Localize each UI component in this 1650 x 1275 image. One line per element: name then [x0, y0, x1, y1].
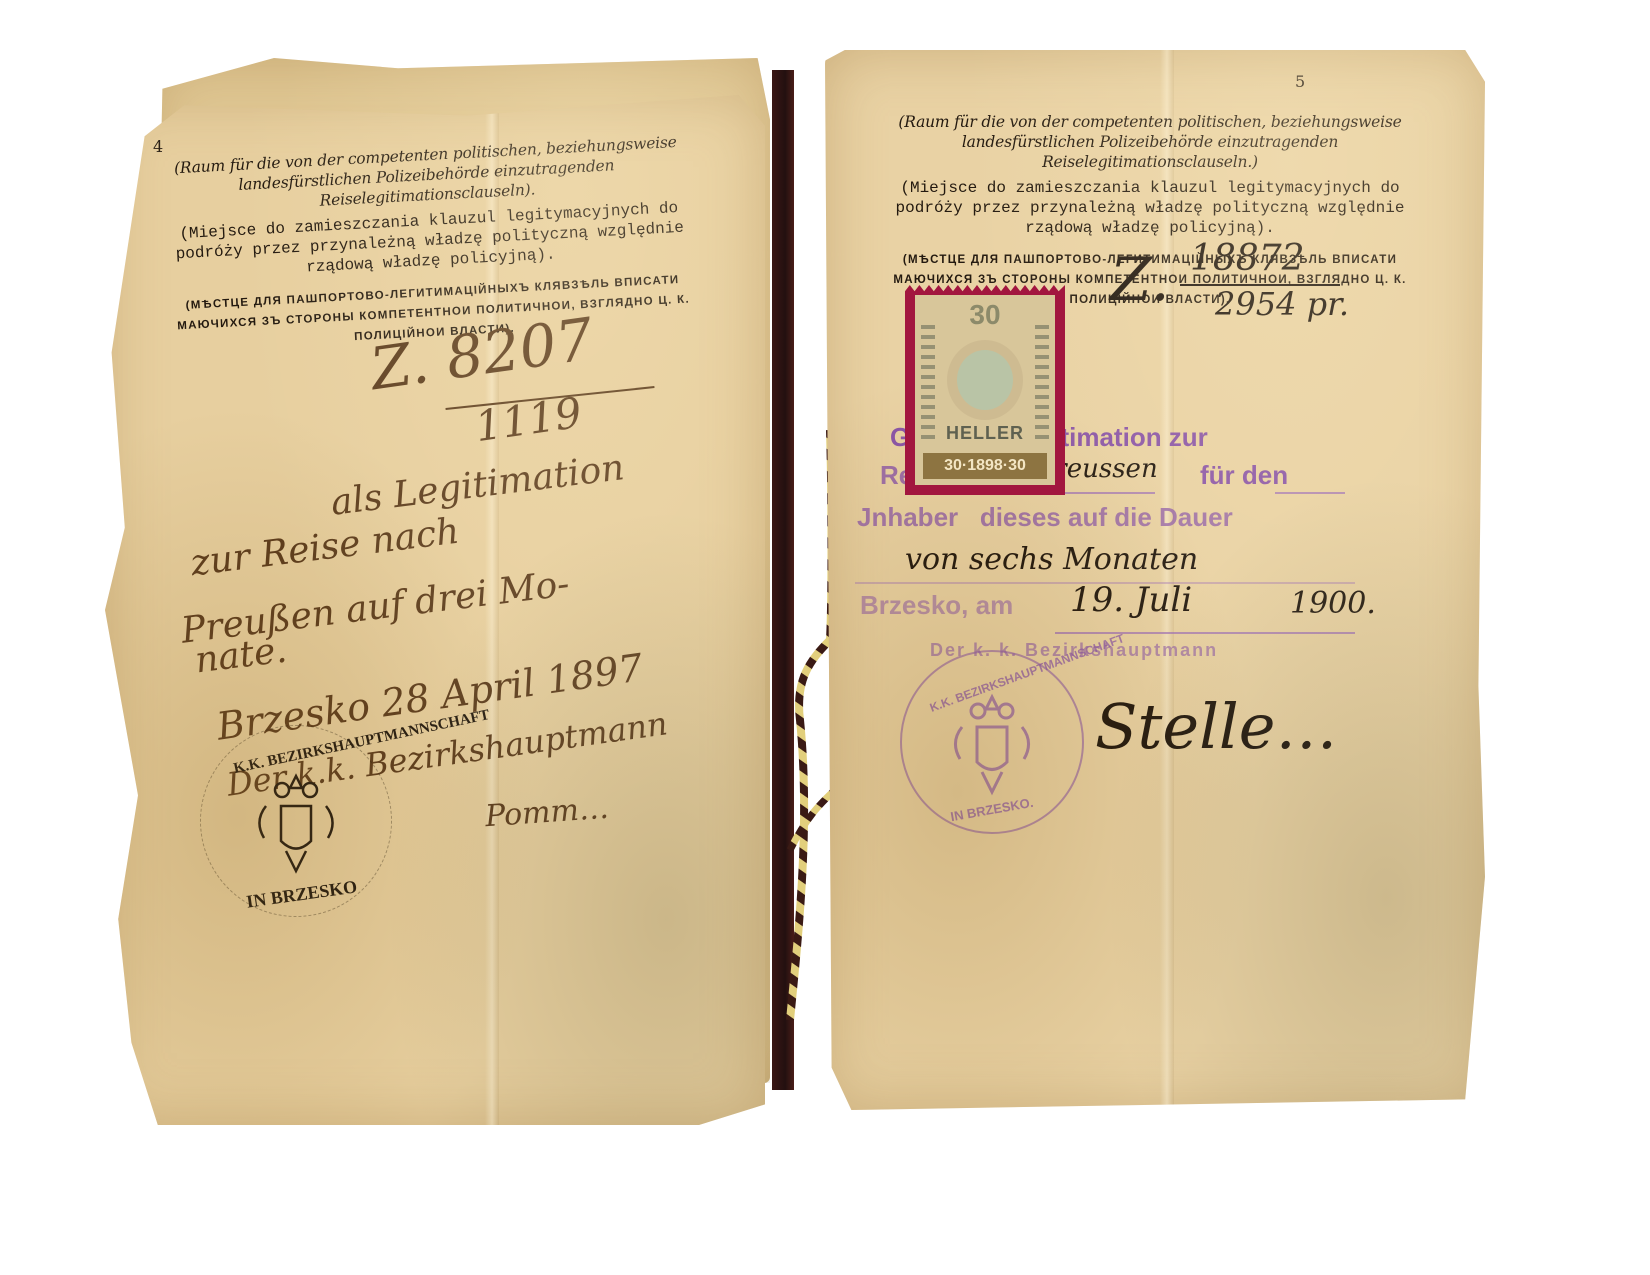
reference-number: 18872	[1190, 238, 1305, 279]
fill-line	[1055, 632, 1355, 634]
validity-line-4-handwritten: von sechs Monaten	[905, 542, 1198, 577]
page-number: 4	[153, 137, 163, 156]
validity-line-2-end: für den	[1200, 460, 1288, 491]
handwritten-line-1: als Legitimation	[329, 447, 627, 524]
validity-year: 1900.	[1290, 586, 1376, 621]
header-polish: (Miejsce do zamieszczania klauzul legity…	[865, 178, 1435, 238]
double-headed-eagle-icon	[942, 687, 1042, 797]
official-seal-left: K.K. BEZIRKSHAUPTMANNSCHAFT IN BRZESKO	[200, 725, 392, 917]
left-page: 4 (Raum für die von der competenten poli…	[105, 95, 765, 1125]
official-signature: Stelle…	[1095, 690, 1337, 763]
right-page: 5 (Raum für die von der competenten poli…	[825, 50, 1485, 1110]
official-seal-right: K.K. BEZIRKSHAUPTMANNSCHAFT IN BRZESKO.	[900, 650, 1084, 834]
reference-prefix: Z.	[1110, 245, 1170, 315]
validity-date-handwritten: 19. Juli	[1070, 580, 1192, 620]
stamp-value: 30	[915, 299, 1055, 331]
seal-bottom-text: IN BRZESKO.	[949, 795, 1034, 824]
double-headed-eagle-icon	[246, 766, 346, 876]
validity-place: Brzesko, am	[860, 590, 1013, 621]
handwritten-line-2: zur Reise nach	[189, 511, 462, 585]
validity-line-3: Jnhaber dieses auf die Dauer	[857, 502, 1233, 533]
page-number: 5	[1295, 72, 1305, 91]
reference-sub: 2954 pr.	[1215, 285, 1349, 323]
emperor-portrait-icon	[957, 350, 1013, 410]
printed-header: (Raum für die von der competenten politi…	[145, 130, 715, 357]
handwritten-signature: Pomm…	[484, 791, 610, 835]
revenue-stamp: 30 HELLER 30·1898·30	[905, 285, 1065, 495]
stamp-denomination: HELLER	[915, 423, 1055, 444]
fill-line	[1275, 492, 1345, 494]
stamp-year-band: 30·1898·30	[923, 453, 1047, 479]
header-german: (Raum für die von der competenten politi…	[865, 112, 1435, 172]
seal-bottom-text: IN BRZESKO	[245, 876, 358, 912]
